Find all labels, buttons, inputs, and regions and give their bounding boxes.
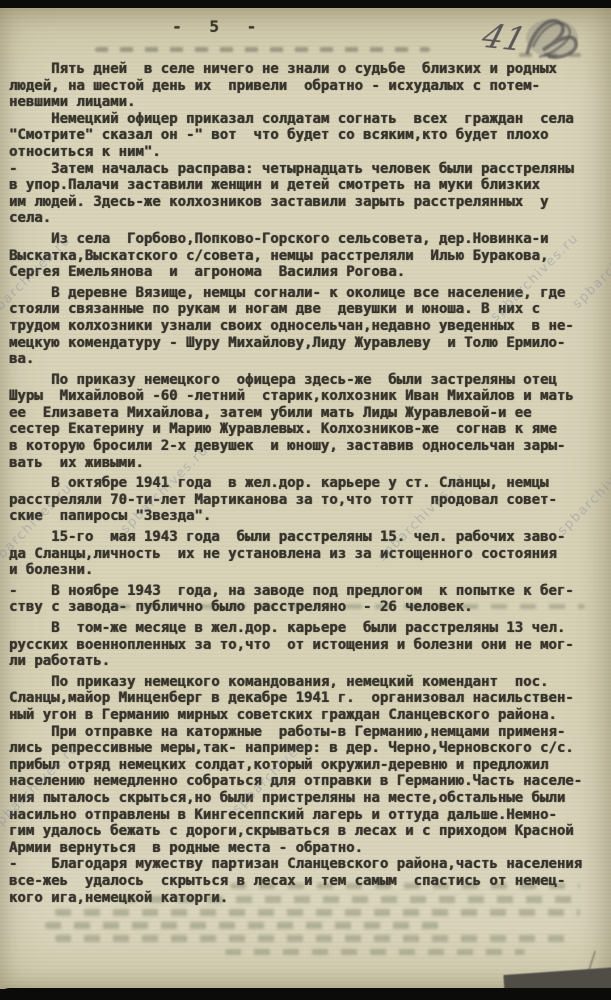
paragraph: В том-же месяце в жел.дор. карьере были … — [9, 620, 605, 670]
bleedthrough-row — [55, 935, 575, 942]
document-scan: - 5 - 41 Пять дней в селе ничего не знал… — [0, 0, 611, 1000]
paragraph: - Благодаря мужеству партизан Сланцевско… — [9, 856, 605, 906]
bleedthrough-row — [225, 949, 525, 955]
bleedthrough-row — [55, 909, 580, 916]
paragraph: Пять дней в селе ничего не знали о судьб… — [9, 61, 605, 111]
document-body: Пять дней в селе ничего не знали о судьб… — [9, 61, 605, 906]
ink-smudge — [519, 9, 583, 67]
paragraph: В октябре 1941 года в жел.дор. карьере у… — [9, 475, 605, 525]
paragraph: По приказу немецкого командования, немец… — [9, 674, 605, 724]
bleedthrough-row — [45, 922, 440, 929]
scan-edge-top — [0, 0, 611, 8]
paragraph: По приказу немецкого офицера здесь-же бы… — [9, 372, 605, 472]
paragraph: Из села Горбово,Попково-Горского сельсов… — [9, 231, 605, 281]
paragraph: - Затем началась расправа: четырнадцать … — [9, 161, 605, 227]
paragraph: 15-го мая 1943 года были расстреляны 15.… — [9, 529, 605, 579]
scan-edge-bottom — [0, 988, 611, 1000]
paragraph: - В ноябре 1943 года, на заводе под пред… — [9, 583, 605, 616]
paper-page: - 5 - 41 Пять дней в селе ничего не знал… — [0, 6, 611, 989]
faded-typewriter-streak — [95, 47, 430, 52]
paragraph: Немецкий офицер приказал солдатам согнат… — [9, 111, 605, 161]
page-number: - 5 - — [172, 17, 265, 36]
